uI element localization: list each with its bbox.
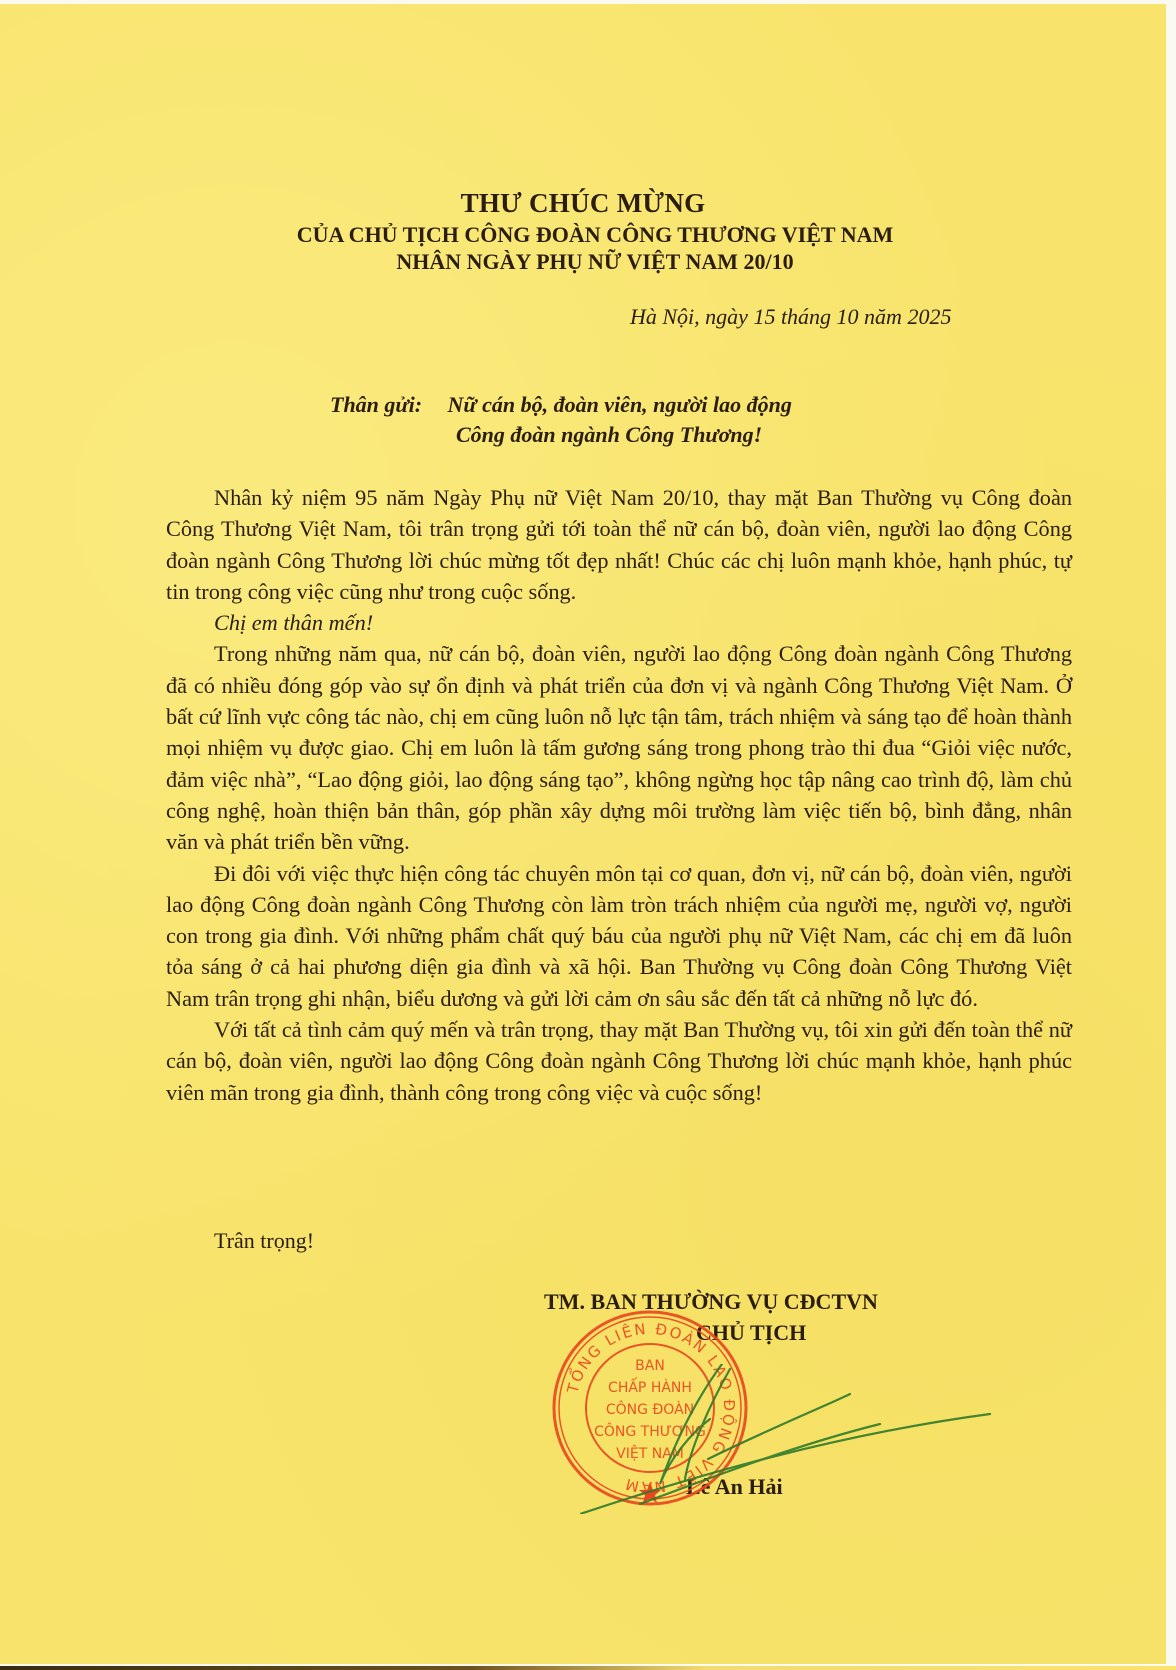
paragraph-wishes: Với tất cả tình cảm quý mến và trân trọn… bbox=[166, 1014, 1072, 1108]
letter-page: THƯ CHÚC MỪNG CỦA CHỦ TỊCH CÔNG ĐOÀN CÔN… bbox=[0, 4, 1166, 1664]
greeting-block: Thân gửi: Nữ cán bộ, đoàn viên, người la… bbox=[330, 390, 792, 450]
greeting-recipient-line2: Công đoàn ngành Công Thương! bbox=[330, 420, 792, 450]
paragraph-contributions: Trong những năm qua, nữ cán bộ, đoàn viê… bbox=[166, 638, 1072, 857]
letter-subtitle-occasion: NHÂN NGÀY PHỤ NỮ VIỆT NAM 20/10 bbox=[12, 249, 1176, 275]
paragraph-intro: Nhân kỷ niệm 95 năm Ngày Phụ nữ Việt Nam… bbox=[166, 482, 1072, 607]
greeting-recipient-line1: Nữ cán bộ, đoàn viên, người lao động bbox=[448, 392, 792, 417]
scan-edge bbox=[0, 1666, 1176, 1670]
letter-title: THƯ CHÚC MỪNG bbox=[0, 188, 1166, 219]
handwritten-signature-icon bbox=[580, 1364, 1000, 1514]
place-date: Hà Nội, ngày 15 tháng 10 năm 2025 bbox=[630, 304, 951, 330]
closing-line: Trân trọng! bbox=[214, 1228, 314, 1254]
letter-body: Nhân kỷ niệm 95 năm Ngày Phụ nữ Việt Nam… bbox=[166, 482, 1072, 1108]
letter-subtitle-sender: CỦA CHỦ TỊCH CÔNG ĐOÀN CÔNG THƯƠNG VIỆT … bbox=[12, 222, 1176, 248]
paragraph-family-roles: Đi đôi với việc thực hiện công tác chuyê… bbox=[166, 858, 1072, 1014]
greeting-label: Thân gửi: bbox=[330, 390, 442, 420]
paragraph-address: Chị em thân mến! bbox=[166, 607, 1072, 638]
